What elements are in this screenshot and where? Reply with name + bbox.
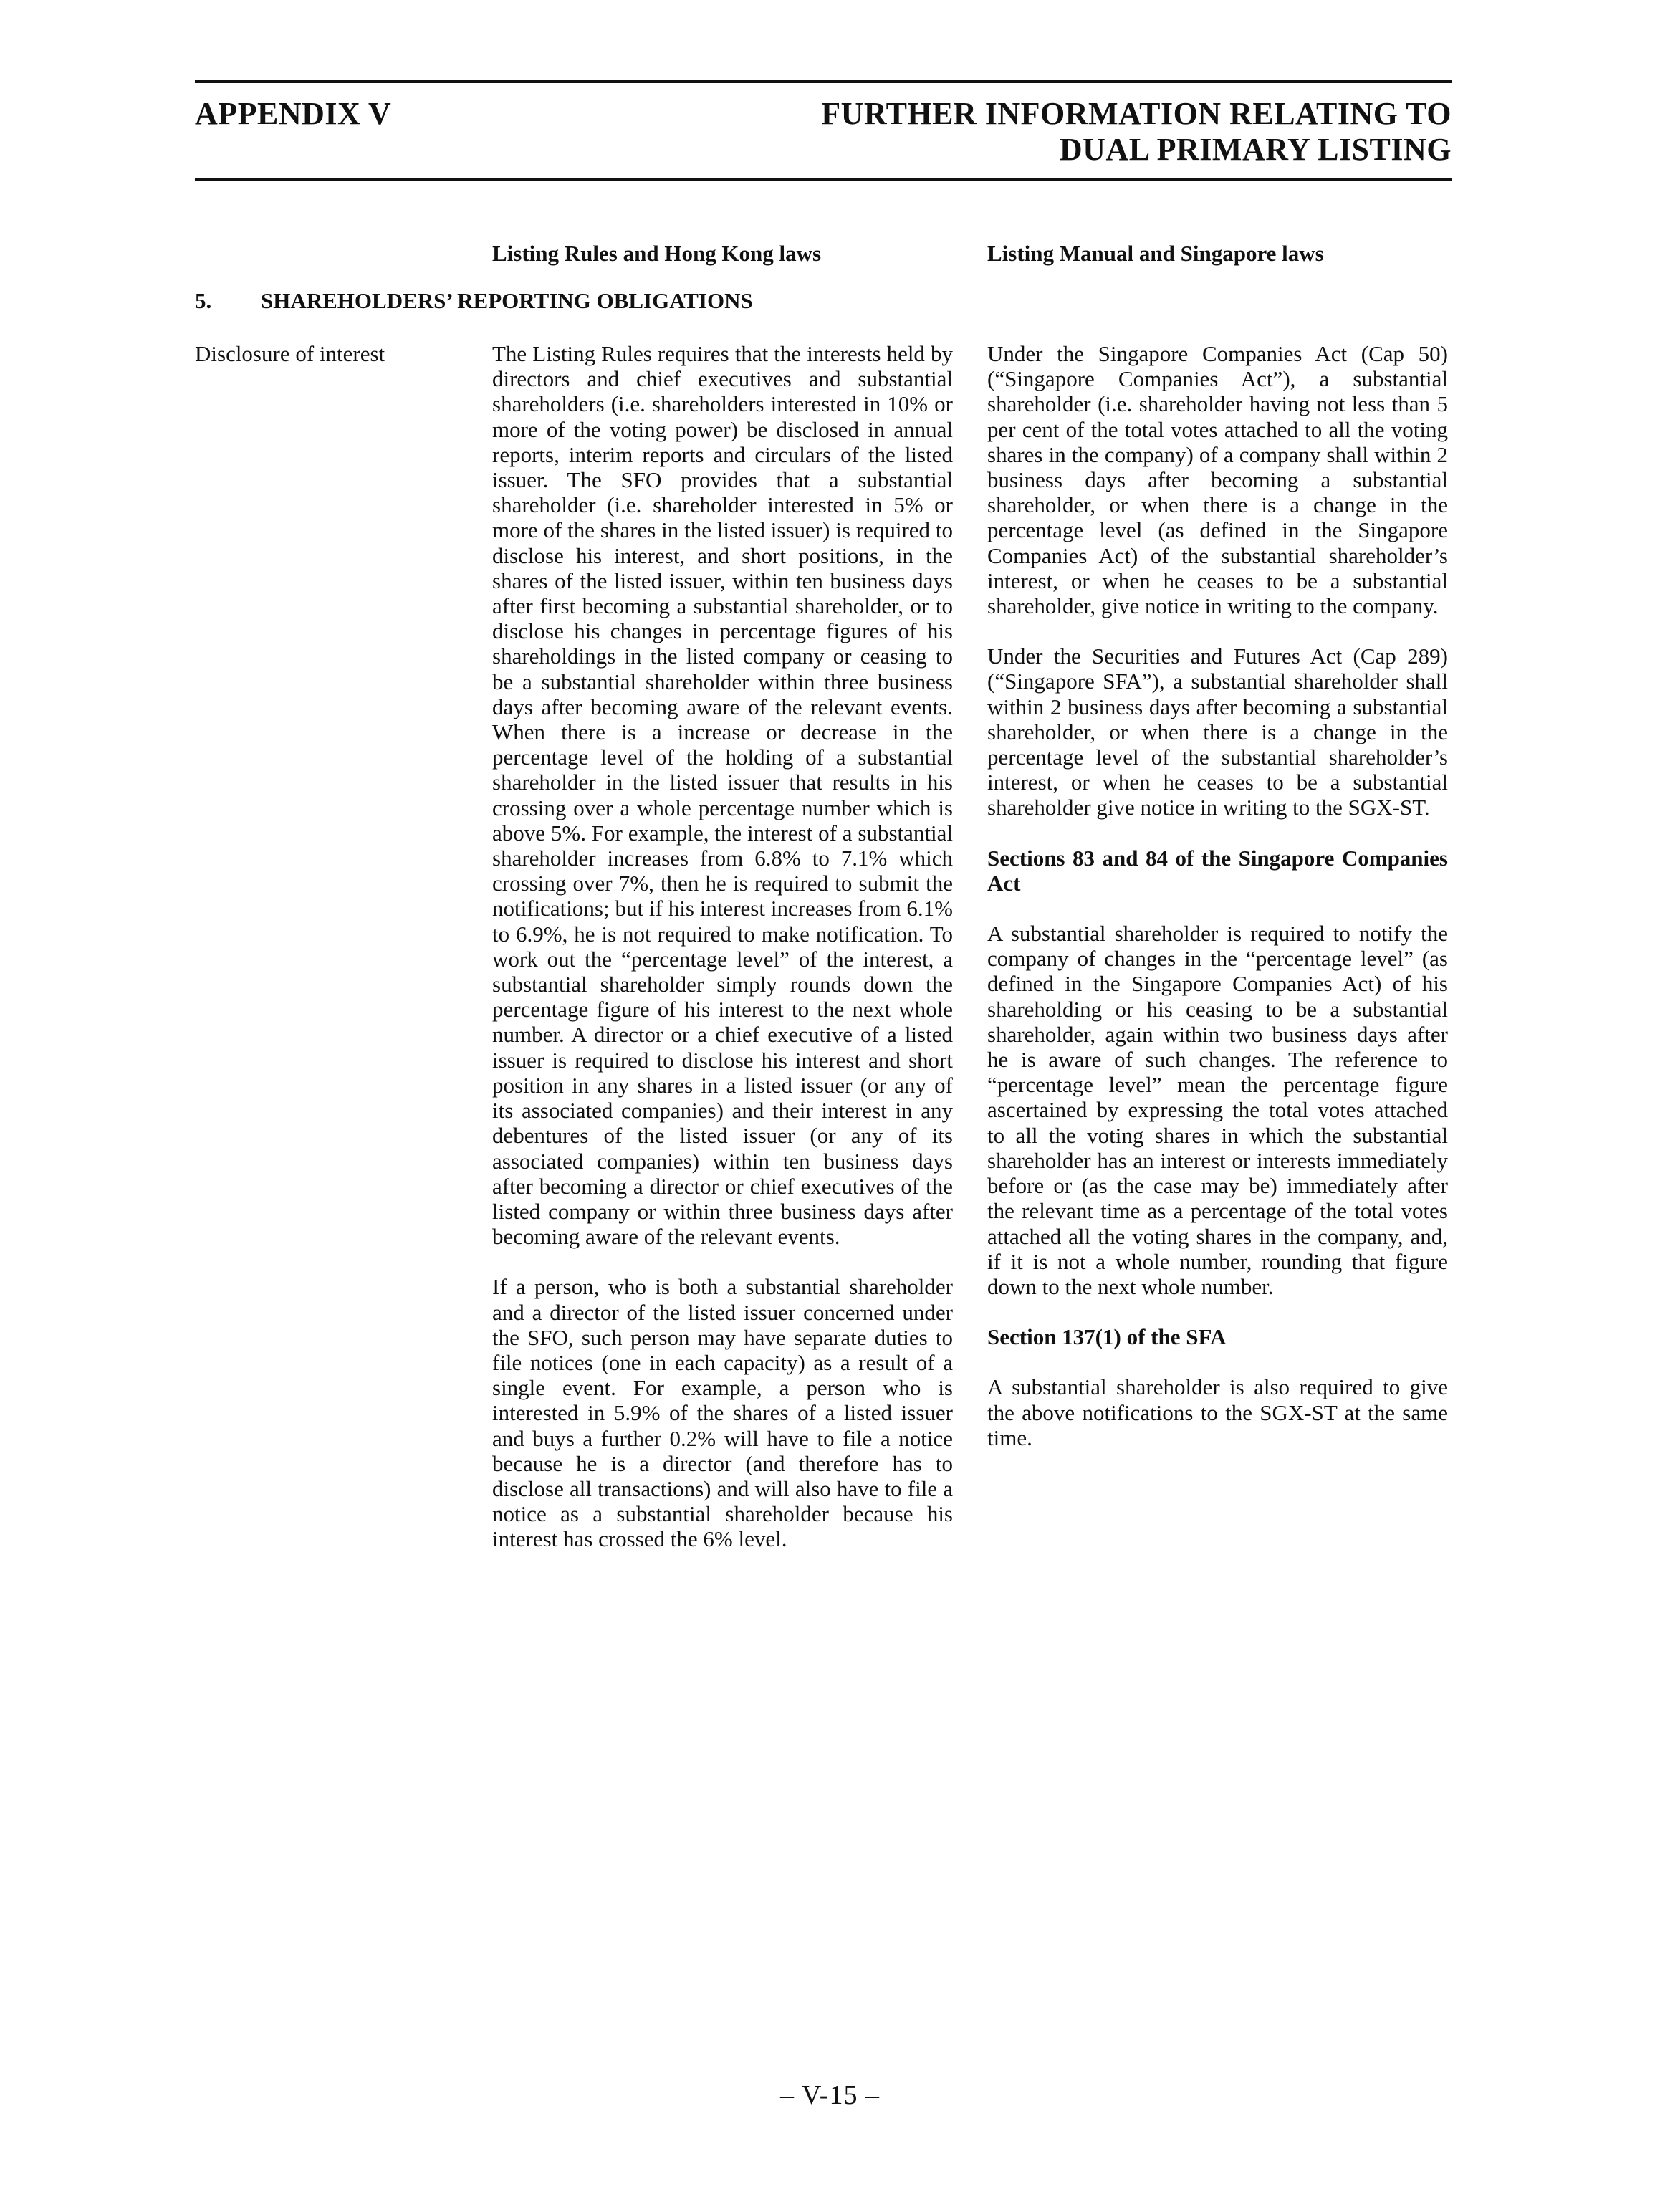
page-title: FURTHER INFORMATION RELATING TO DUAL PRI… xyxy=(821,96,1452,168)
sg-paragraph-3: A substantial shareholder is required to… xyxy=(987,921,1448,1299)
column-heading-singapore: Listing Manual and Singapore laws xyxy=(987,241,1324,267)
appendix-label: APPENDIX V xyxy=(195,96,391,132)
section-number: 5. xyxy=(195,288,261,314)
sg-paragraph-4: A substantial shareholder is also requir… xyxy=(987,1374,1448,1450)
page-number: – V-15 – xyxy=(0,2079,1660,2111)
section-title: SHAREHOLDERS’ REPORTING OBLIGATIONS xyxy=(261,288,753,313)
sg-paragraph-1: Under the Singapore Companies Act (Cap 5… xyxy=(987,341,1448,618)
column-heading-hong-kong: Listing Rules and Hong Kong laws xyxy=(492,241,821,267)
hong-kong-column: The Listing Rules requires that the inte… xyxy=(492,341,953,1577)
singapore-column: Under the Singapore Companies Act (Cap 5… xyxy=(987,341,1448,1475)
page-title-line-2: DUAL PRIMARY LISTING xyxy=(821,132,1452,168)
hk-paragraph-2: If a person, who is both a substantial s… xyxy=(492,1274,953,1551)
header-top-rule xyxy=(195,80,1452,83)
page-title-line-1: FURTHER INFORMATION RELATING TO xyxy=(821,96,1452,132)
sg-paragraph-2: Under the Securities and Futures Act (Ca… xyxy=(987,643,1448,820)
header-bottom-rule xyxy=(195,178,1452,181)
sg-subheading-sections-83-84: Sections 83 and 84 of the Singapore Comp… xyxy=(987,846,1448,896)
section-heading: 5.SHAREHOLDERS’ REPORTING OBLIGATIONS xyxy=(195,288,753,314)
sg-subheading-section-137: Section 137(1) of the SFA xyxy=(987,1324,1448,1349)
row-label-disclosure-of-interest: Disclosure of interest xyxy=(195,341,385,367)
hk-paragraph-1: The Listing Rules requires that the inte… xyxy=(492,341,953,1249)
